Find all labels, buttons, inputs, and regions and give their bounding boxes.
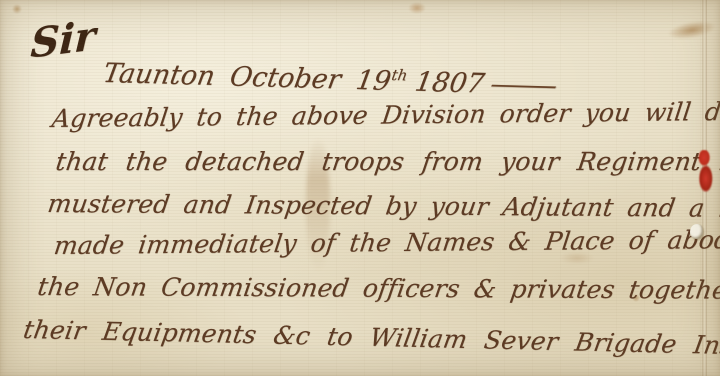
body-line-4: made immediately of the Names & Place of… [52, 224, 720, 260]
dateline-year: 1807 [413, 67, 487, 100]
letter-page: Sir Taunton October 19th1807— Agreeably … [0, 0, 720, 376]
ordinal-suffix: th [390, 66, 409, 84]
salutation: Sir [30, 12, 97, 68]
body-line-2: that the detached troops from your Regim… [54, 147, 720, 176]
body-line-5: the Non Commissioned officers & privates… [36, 272, 720, 305]
body-line-3: mustered and Inspected by your Adjutant … [46, 189, 720, 223]
dateline-dash: — [486, 69, 561, 102]
